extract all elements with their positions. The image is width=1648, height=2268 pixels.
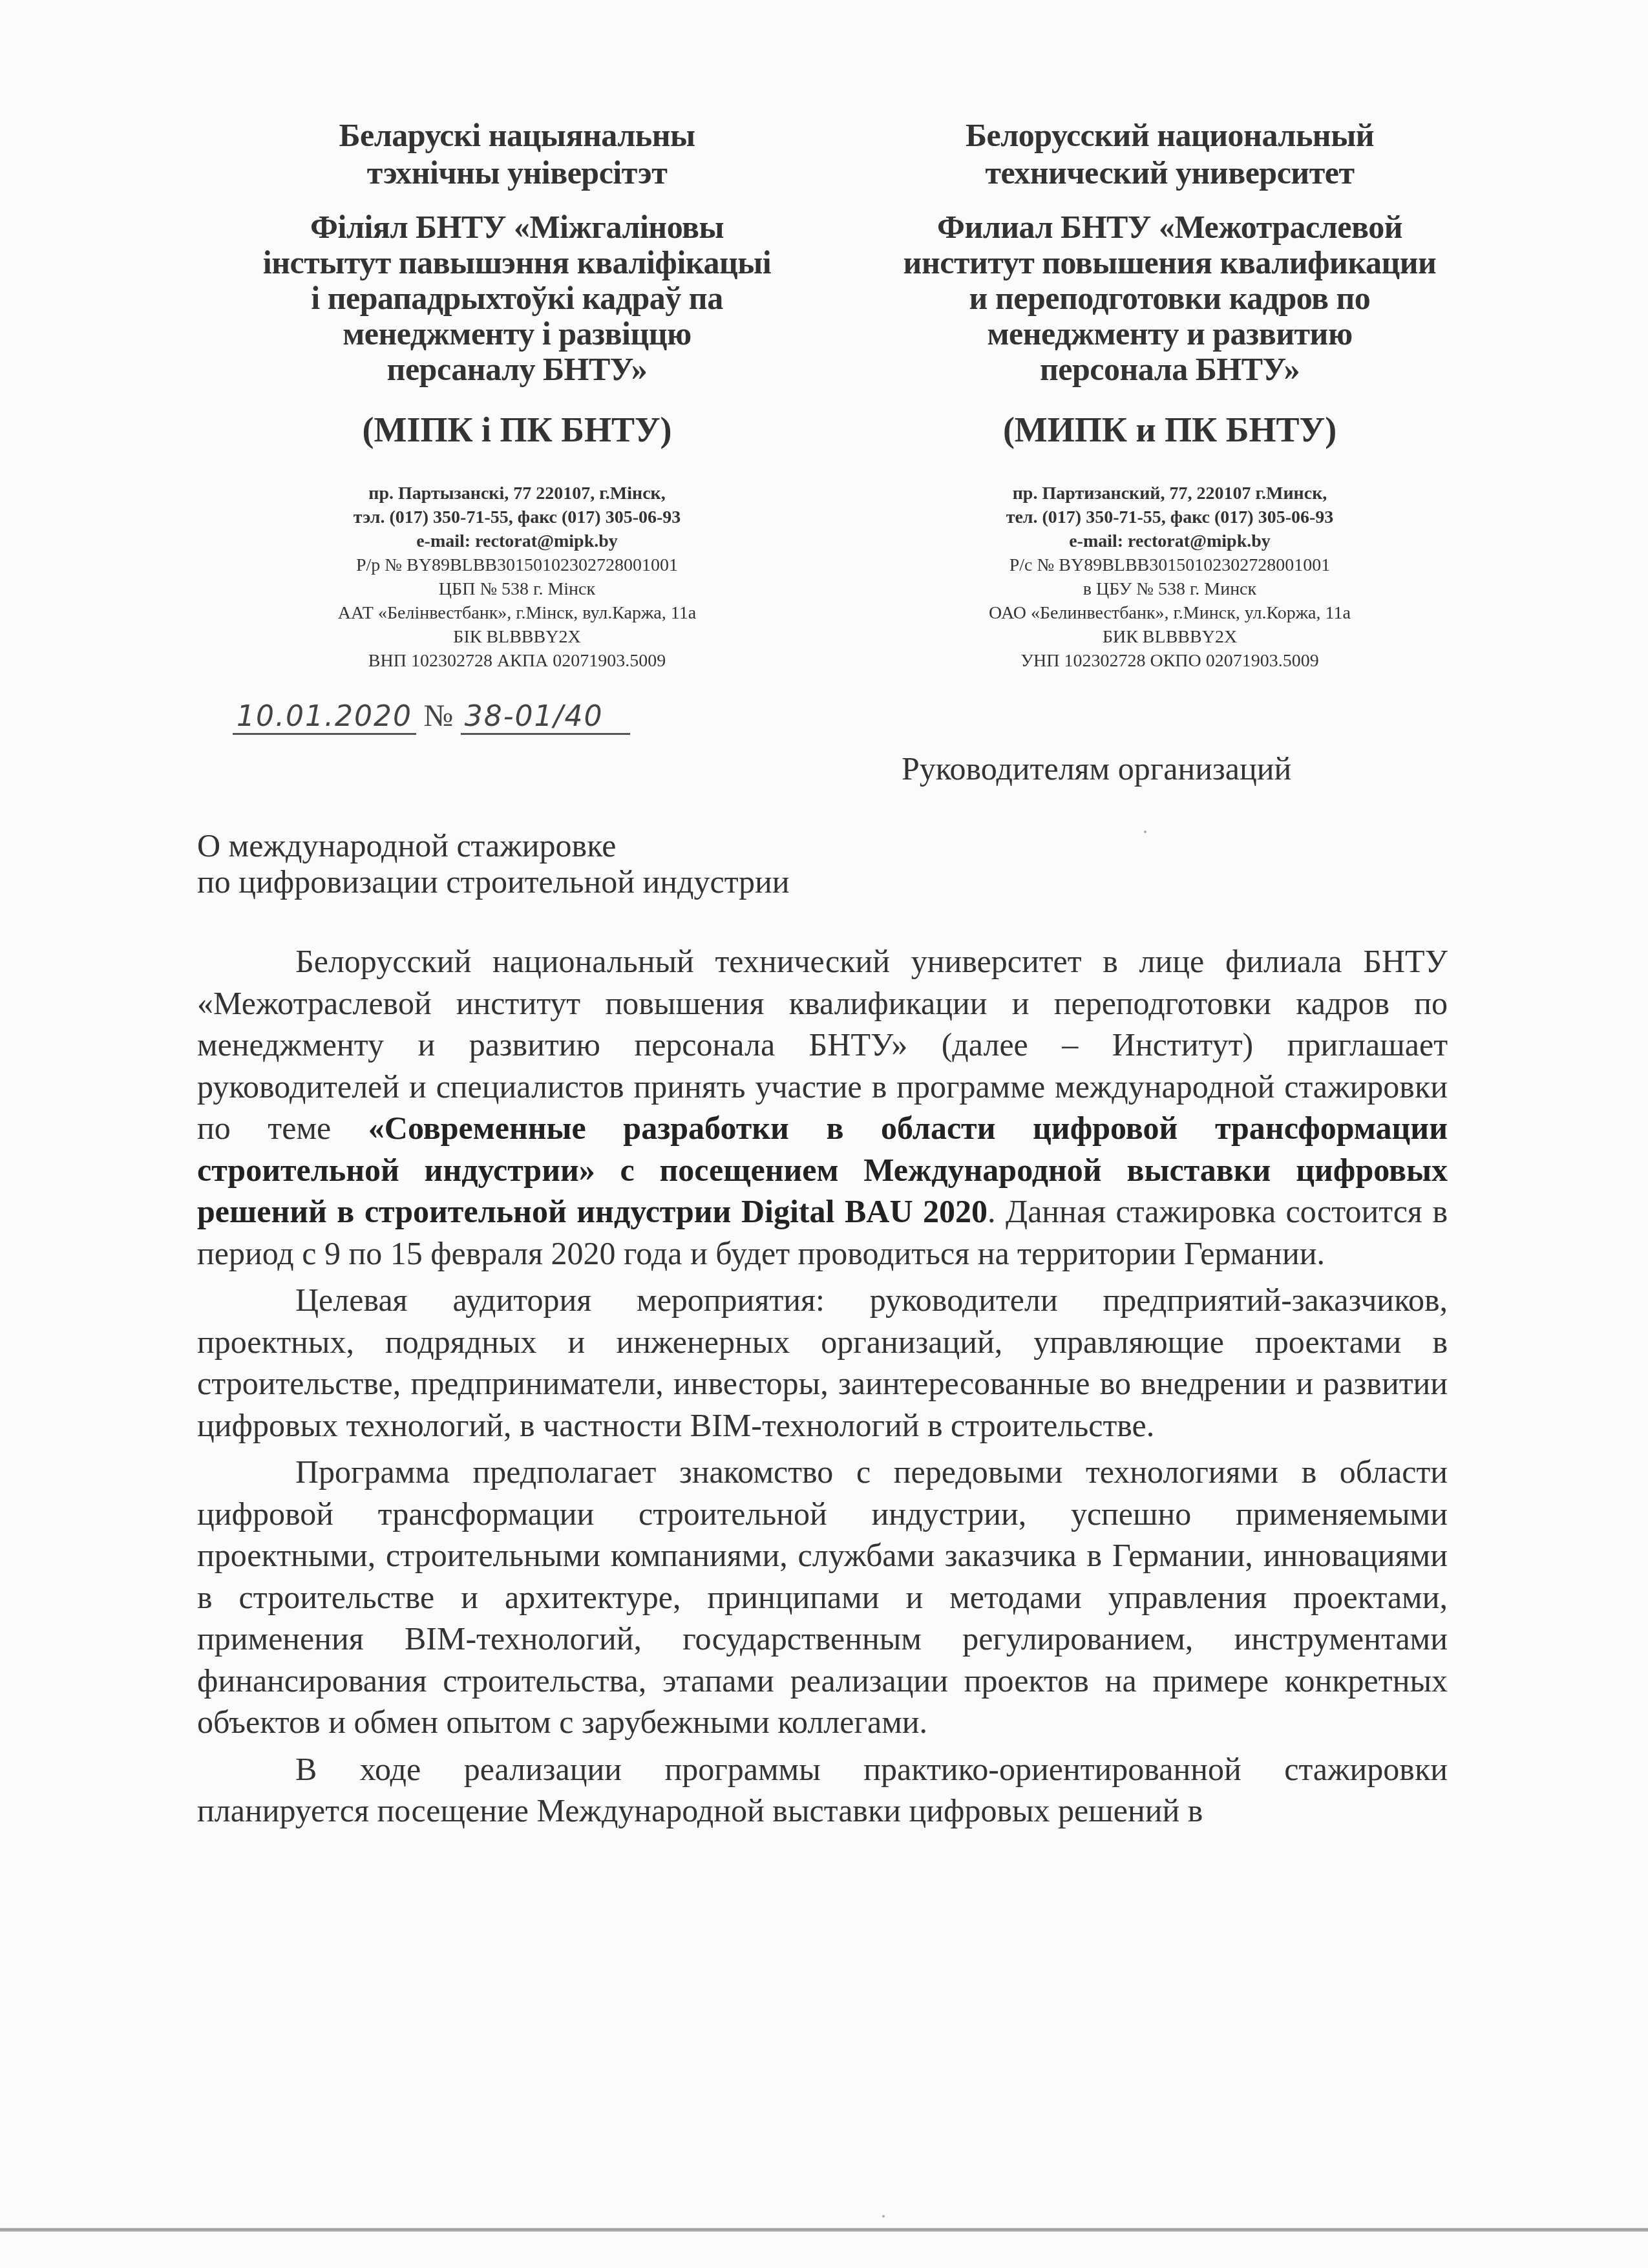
branch-name-ru: Филиал БНТУ «Межотраслевой институт повы…	[840, 209, 1499, 387]
email: e-mail: rectorat@mipk.by	[220, 529, 814, 553]
email: e-mail: rectorat@mipk.by	[840, 529, 1499, 553]
registration-number: 38-01/40	[461, 700, 630, 735]
address: пр. Партизанский, 77, 220107 г.Минск,	[840, 482, 1499, 505]
tax-codes: УНП 102302728 ОКПО 02071903.5009	[840, 649, 1499, 673]
registration-date: 10.01.2020	[233, 700, 416, 735]
bank-account: Р/с № BY89BLBB30150102302728001001	[840, 553, 1499, 577]
university-name-ru: Белорусский национальный технический уни…	[840, 116, 1499, 191]
contact-details-ru: пр. Партизанский, 77, 220107 г.Минск, те…	[840, 482, 1499, 673]
bank-name: ААТ «Белінвестбанк», г.Мінск, вул.Каржа,…	[220, 601, 814, 625]
paragraph-exhibition: В ходе реализации программы практико-ори…	[197, 1748, 1448, 1832]
bic: БИК BLBBBY2X	[840, 625, 1499, 649]
phone: тел. (017) 350-71-55, факс (017) 305-06-…	[840, 505, 1499, 529]
paragraph-audience: Целевая аудитория мероприятия: руководит…	[197, 1279, 1448, 1446]
registration-line: 10.01.2020 № 38-01/40	[233, 698, 630, 735]
bank-branch: ЦБП № 538 г. Мінск	[220, 577, 814, 601]
addressee: Руководителям организаций	[902, 750, 1291, 787]
bank-branch: в ЦБУ № 538 г. Минск	[840, 577, 1499, 601]
letterhead-russian: Белорусский национальный технический уни…	[840, 116, 1499, 673]
university-name-by: Беларускі нацыянальны тэхнічны універсіт…	[220, 116, 814, 191]
letterhead-belarusian: Беларускі нацыянальны тэхнічны універсіт…	[220, 116, 814, 673]
page-edge	[0, 2228, 1648, 2232]
tax-codes: ВНП 102302728 АКПА 02071903.5009	[220, 649, 814, 673]
scan-speck	[1144, 831, 1146, 833]
phone: тэл. (017) 350-71-55, факс (017) 305-06-…	[220, 505, 814, 529]
address: пр. Партызанскі, 77 220107, г.Мінск,	[220, 482, 814, 505]
paragraph-program: Программа предполагает знакомство с пере…	[197, 1451, 1448, 1743]
scan-speck	[882, 2215, 885, 2218]
number-sign: №	[423, 699, 453, 733]
contact-details-by: пр. Партызанскі, 77 220107, г.Мінск, тэл…	[220, 482, 814, 673]
abbreviation-by: (МІПК і ПК БНТУ)	[220, 410, 814, 449]
paragraph-invitation: Белорусский национальный технический уни…	[197, 940, 1448, 1274]
letter-body: Белорусский национальный технический уни…	[197, 940, 1448, 1837]
letter-subject: О международной стажировке по цифровизац…	[197, 827, 790, 900]
bank-name: ОАО «Белинвестбанк», г.Минск, ул.Коржа, …	[840, 601, 1499, 625]
branch-name-by: Філіял БНТУ «Міжгаліновы інстытут павышэ…	[220, 209, 814, 387]
bic: БІК BLBBBY2X	[220, 625, 814, 649]
bank-account: Р/р № BY89BLBB30150102302728001001	[220, 553, 814, 577]
abbreviation-ru: (МИПК и ПК БНТУ)	[840, 410, 1499, 449]
